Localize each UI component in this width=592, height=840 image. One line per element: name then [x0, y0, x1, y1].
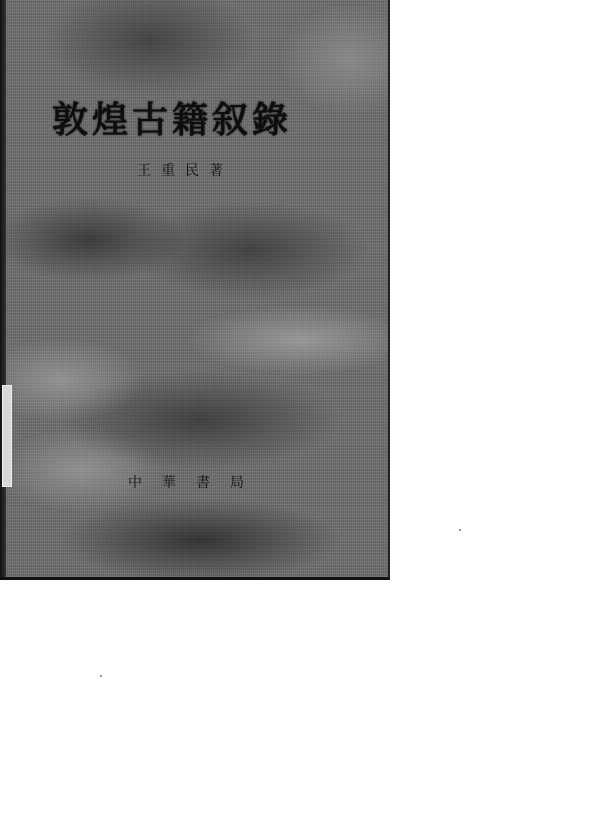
book-cover: 敦煌古籍叙錄 王重民著 中華書局 — [0, 0, 390, 580]
spine-edge — [0, 0, 6, 577]
book-publisher: 中華書局 — [128, 472, 264, 492]
book-author: 王重民著 — [137, 160, 233, 180]
book-title: 敦煌古籍叙錄 — [52, 92, 322, 143]
library-label-strip — [2, 385, 12, 487]
scan-speck — [100, 675, 102, 677]
scan-speck — [459, 529, 461, 531]
